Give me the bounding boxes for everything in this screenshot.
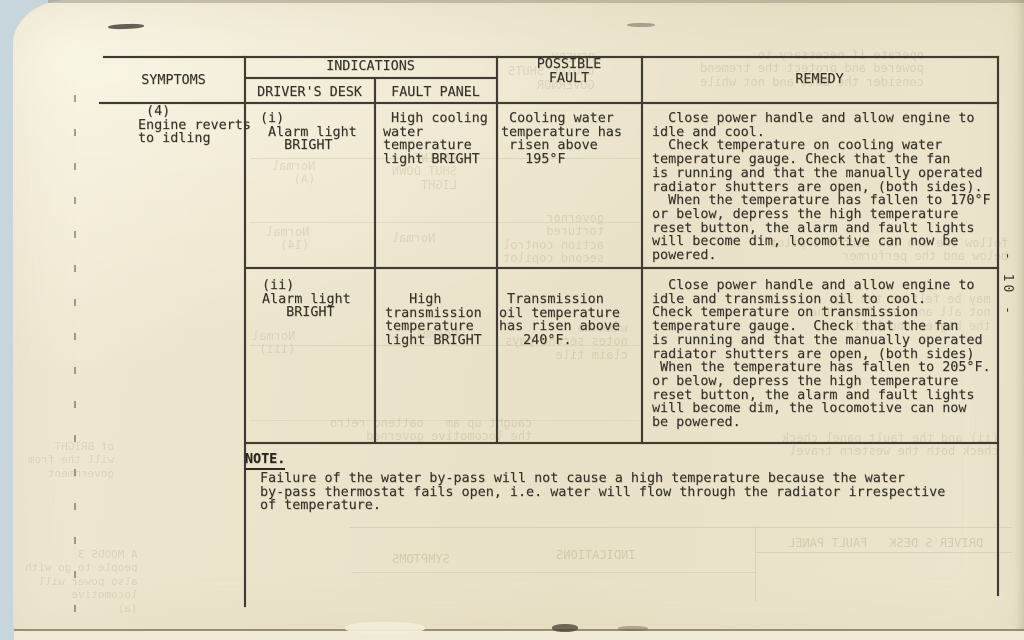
page-top-edge-shadow xyxy=(48,0,1024,3)
bleedthrough-text: DRIVER'S DESK FAULT PANEL xyxy=(788,537,983,550)
remedy-cell-i: Close power handle and allow engine to i… xyxy=(652,112,991,263)
bleedthrough-line xyxy=(350,527,1012,528)
bleedthrough-text: governor tortured action control second … xyxy=(503,212,604,266)
fault-remedy-divider xyxy=(641,56,643,443)
bleedthrough-text: Normal (14) xyxy=(266,226,309,253)
table-bottom-border xyxy=(245,442,999,444)
header-fault-panel: FAULT PANEL xyxy=(375,86,496,100)
possible-fault-cell-ii: Transmission oil temperature has risen a… xyxy=(499,293,620,348)
fold-dark-smudge xyxy=(552,624,578,632)
bleedthrough-text: SYMPTOMS xyxy=(392,553,450,566)
bleedthrough-text: (ii) and the fault panel check check bot… xyxy=(782,432,999,459)
note-label: NOTE. xyxy=(245,453,285,467)
drivers-desk-cell-i: (i) Alarm light BRIGHT xyxy=(260,112,357,153)
remedy-cell-ii: Close power handle and allow engine to i… xyxy=(652,279,991,430)
note-label-text: NOTE. xyxy=(245,452,285,470)
indications-subheader-border xyxy=(245,77,497,79)
symptom-group-cell: (4) Engine reverts to idling xyxy=(138,105,251,146)
fault-panel-cell-ii: High transmission temperature light BRIG… xyxy=(385,293,482,348)
bleedthrough-text: Normal (iii) xyxy=(252,330,295,357)
header-drivers-desk: DRIVER'S DESK xyxy=(245,86,374,100)
fault-panel-cell-i: High cooling water temperature light BRI… xyxy=(383,112,488,167)
drivers-desk-cell-ii: (ii) Alarm light BRIGHT xyxy=(262,279,351,320)
bleedthrough-text: Normal xyxy=(392,232,435,245)
ink-smudge xyxy=(627,23,655,27)
header-remedy: REMEDY xyxy=(642,73,997,87)
fold-light-patch xyxy=(345,622,425,634)
bleedthrough-text: INDICATIONS xyxy=(556,549,635,562)
desk-panel-divider xyxy=(374,78,376,443)
bleedthrough-line xyxy=(352,572,757,573)
fold-dark-smudge xyxy=(618,626,648,631)
bleedthrough-text: A MOODS 3 people to go with also power w… xyxy=(25,548,138,615)
bleedthrough-text: Normal (A) xyxy=(272,160,315,187)
table-right-border xyxy=(997,56,999,596)
header-indications: INDICATIONS xyxy=(245,60,496,74)
bleedthrough-text: of BRIGHT will the from government xyxy=(28,440,114,480)
row-divider xyxy=(245,267,999,269)
page-fold-strip xyxy=(14,631,1024,640)
possible-fault-cell-i: Cooling water temperature has risen abov… xyxy=(501,112,622,167)
header-possible-fault: POSSIBLE FAULT xyxy=(497,58,641,85)
bleedthrough-text: caught up am oattend retro the locomotiv… xyxy=(330,417,532,444)
scanned-manual-page: operate if necessary to powered and prot… xyxy=(0,0,1024,640)
note-body: Failure of the water by-pass will not ca… xyxy=(260,472,945,513)
panel-fault-divider xyxy=(496,56,498,443)
table-header-bottom-border xyxy=(99,102,999,104)
bleedthrough-line xyxy=(755,527,756,602)
header-symptoms: SYMPTOMS xyxy=(103,74,244,88)
page-number: - 10 - xyxy=(1001,252,1014,317)
left-margin-dashed-line xyxy=(74,95,76,613)
bleedthrough-line xyxy=(755,552,1012,553)
